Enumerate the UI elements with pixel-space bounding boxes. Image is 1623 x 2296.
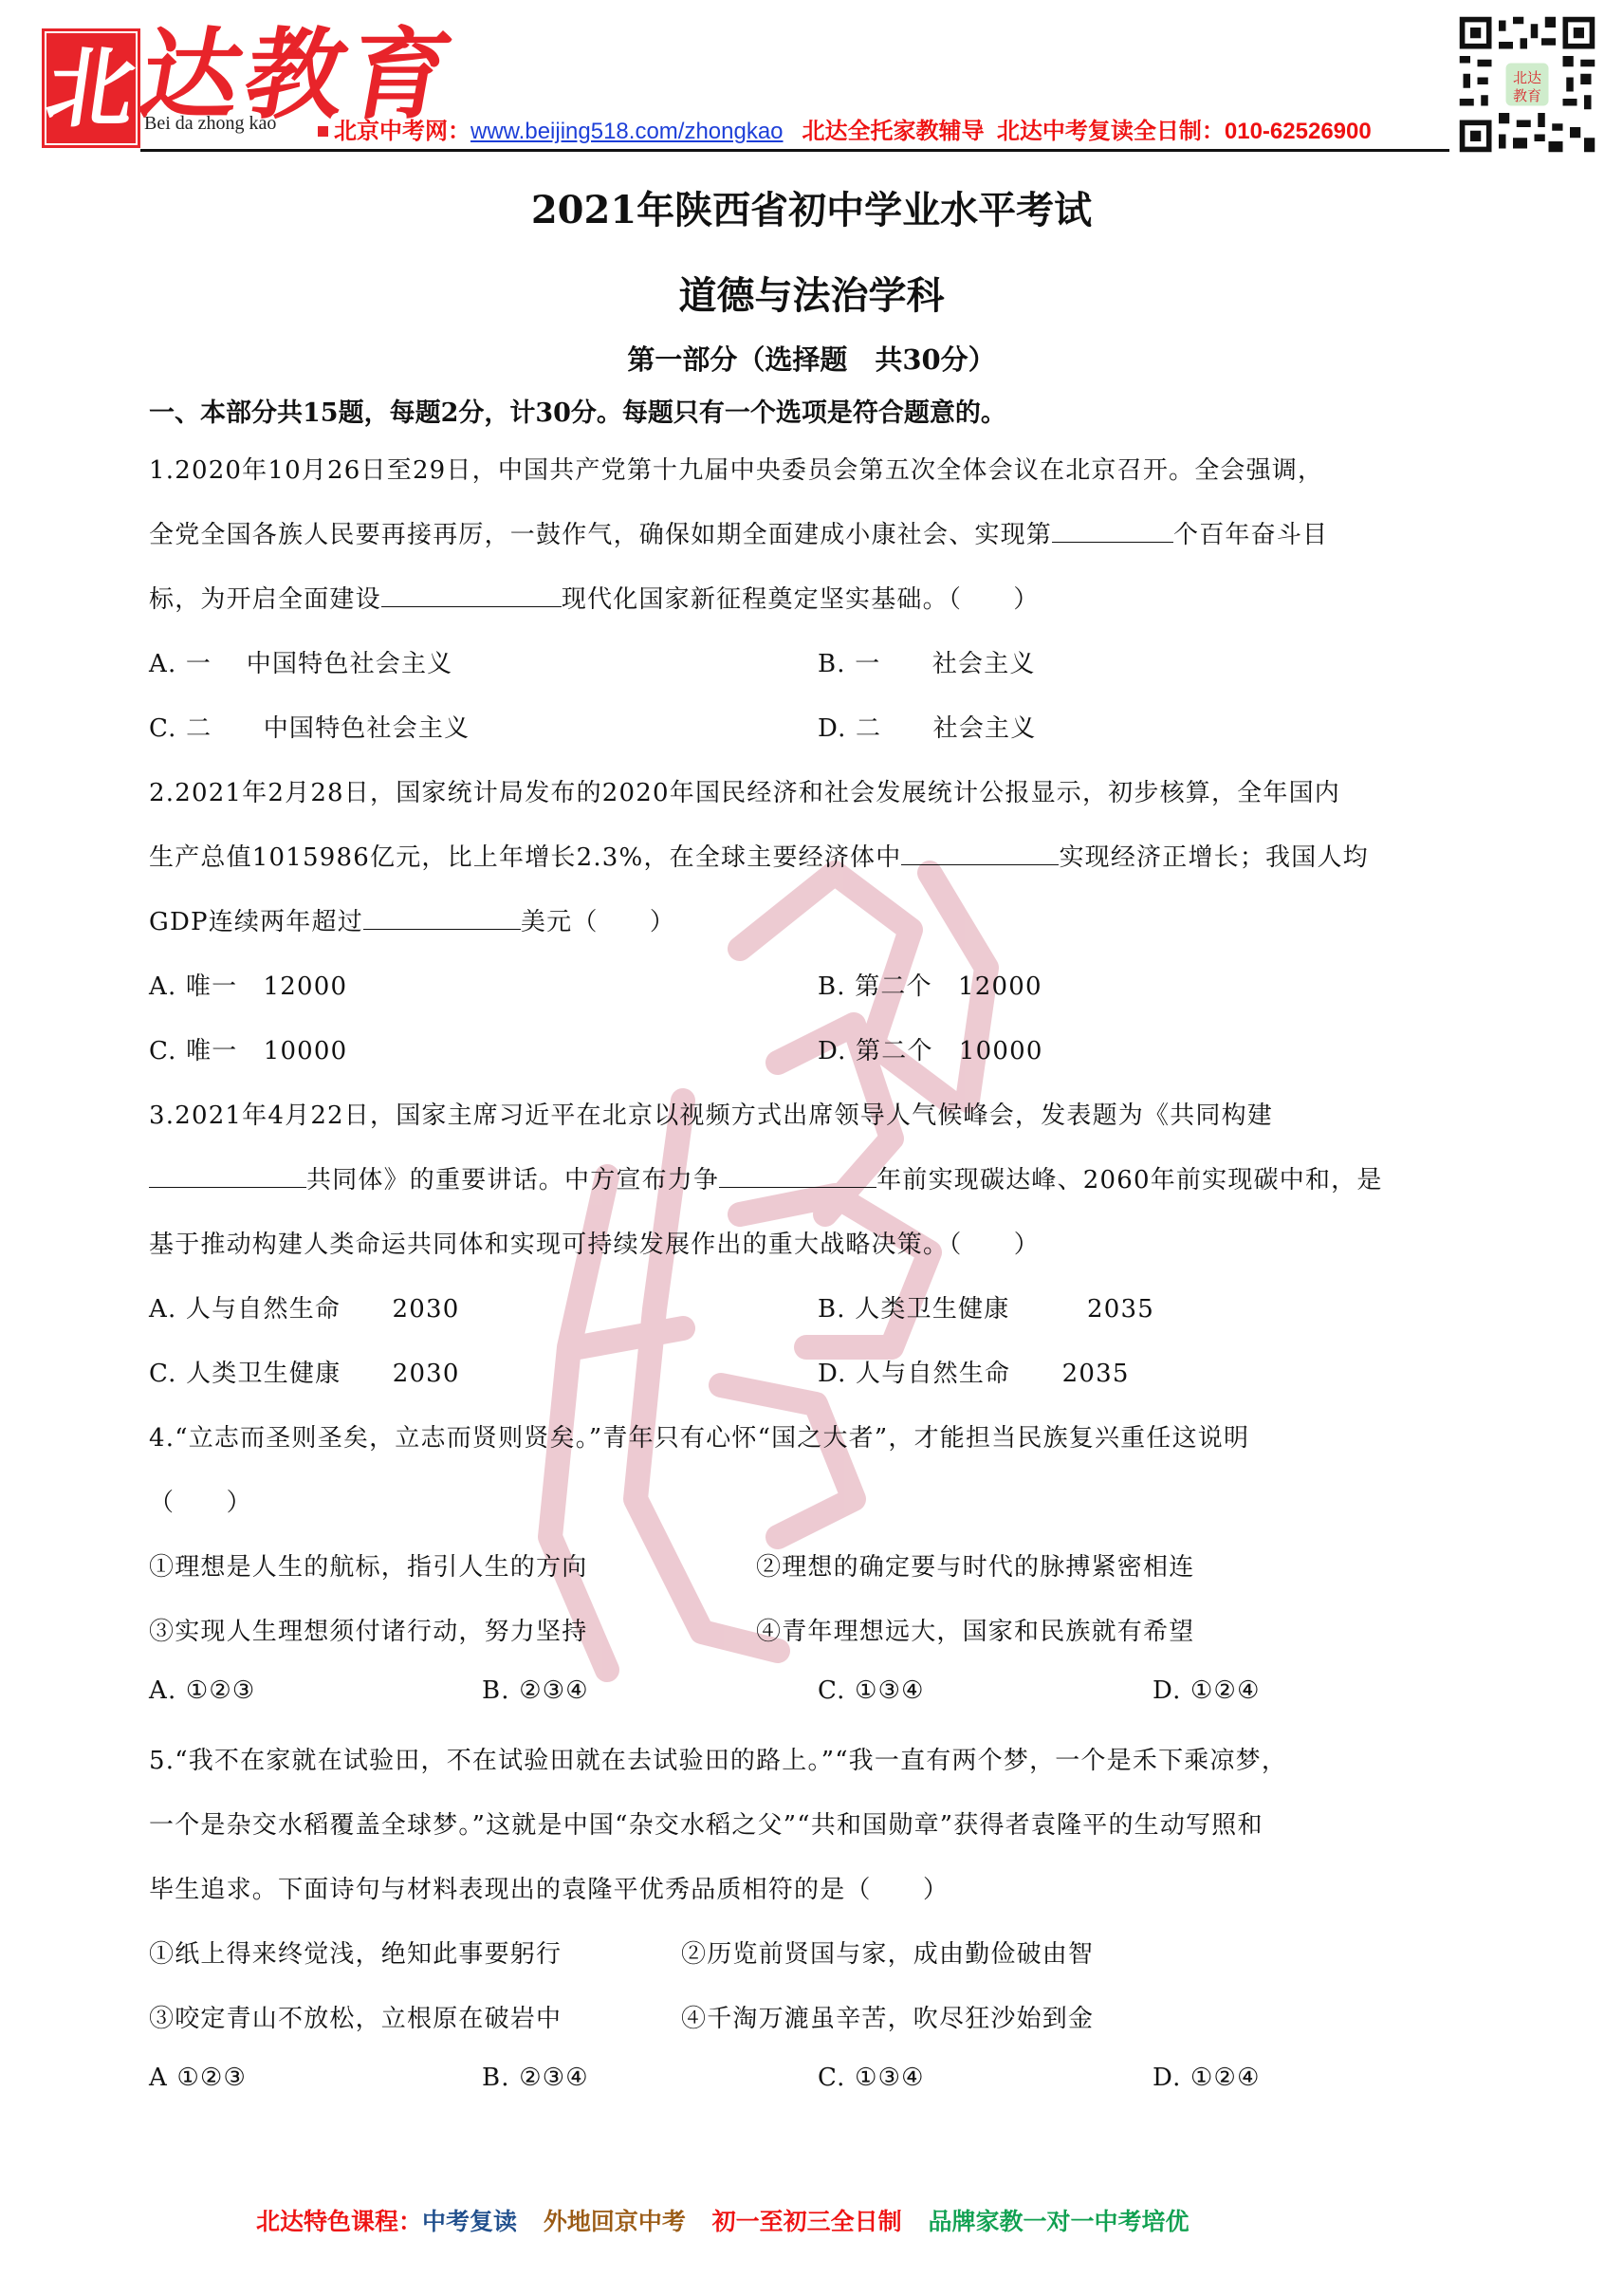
footer-courses: 北达特色课程：中考复读 外地回京中考 初一至初三全日制 品牌家教一对一中考培优: [256, 2203, 1189, 2237]
q5-option-a: A ①②③: [149, 2064, 247, 2092]
q4-option-b: B. ②③④: [482, 1676, 589, 1705]
q2-line-3: GDP连续两年超过美元（ ）: [149, 902, 675, 937]
q2-line-2: 生产总值1015986亿元，比上年增长2.3%，在全球主要经济体中实现经济正增长…: [149, 838, 1369, 873]
q1-blank-1: [1052, 521, 1173, 543]
subject-title: 道德与法治学科: [0, 266, 1623, 320]
q4-statement-3: ③实现人生理想须付诸行动，努力坚持: [149, 1612, 587, 1647]
qr-code-icon: 北达 教育: [1451, 13, 1603, 156]
footer-item-repeat: 中考复读: [422, 2209, 517, 2235]
service-tutoring: 北达全托家教辅导: [802, 119, 985, 144]
q2-blank-1: [901, 843, 1059, 865]
q2-blank-2: [363, 908, 521, 930]
svg-text:教育: 教育: [1513, 87, 1541, 104]
q5-line-2: 一个是杂交水稻覆盖全球梦。”这就是中国“杂交水稻之父”“共和国勋章”获得者袁隆平…: [149, 1805, 1263, 1841]
q5-statement-3: ③咬定青山不放松，立根原在破岩中: [149, 1999, 562, 2034]
q1-line-1: 1.2020年10月26日至29日，中国共产党第十九届中央委员会第五次全体会议在…: [149, 451, 1323, 486]
site-link[interactable]: www.beijing518.com/zhongkao: [470, 119, 784, 144]
q3-line-1: 3.2021年4月22日，国家主席习近平在北京以视频方式出席领导人气候峰会，发表…: [149, 1096, 1273, 1131]
red-square-icon: [318, 126, 328, 137]
q5-statement-1: ①纸上得来终觉浅，绝知此事要躬行: [149, 1935, 562, 1970]
site-label: 北京中考网：: [334, 119, 470, 144]
q3-option-c: C. 人类卫生健康 2030: [149, 1354, 460, 1389]
part-title: 第一部分（选择题 共30分）: [0, 339, 1623, 378]
q3-option-a: A. 人与自然生命 2030: [149, 1289, 459, 1324]
q5-line-3: 毕生追求。下面诗句与材料表现出的袁隆平优秀品质相符的是（ ）: [149, 1870, 949, 1905]
q1-option-a: A. 一 中国特色社会主义: [149, 644, 452, 679]
footer-item-return: 外地回京中考: [544, 2209, 686, 2235]
q2-option-d: D. 第二个 10000: [818, 1031, 1043, 1066]
q4-line-1: 4.“立志而圣则圣矣，立志而贤则贤矣。”青年只有心怀“国之大者”，才能担当民族复…: [149, 1418, 1249, 1454]
q1-option-b: B. 一 社会主义: [818, 644, 1036, 679]
footer-item-tutoring: 品牌家教一对一中考培优: [928, 2209, 1189, 2235]
q5-line-1: 5.“我不在家就在试验田，不在试验田就在去试验田的路上。”“我一直有两个梦，一个…: [149, 1741, 1287, 1776]
q1-line-2: 全党全国各族人民要再接再厉，一鼓作气，确保如期全面建成小康社会、实现第个百年奋斗…: [149, 515, 1328, 550]
q4-line-2: （ ）: [149, 1483, 252, 1518]
q3-blank-1: [149, 1166, 306, 1188]
q3-line-2: 共同体》的重要讲话。中方宣布力争年前实现碳达峰、2060年前实现碳中和，是: [149, 1160, 1383, 1195]
header-info-line: 北京中考网：www.beijing518.com/zhongkao 北达全托家教…: [318, 112, 1372, 145]
q3-line-3: 基于推动构建人类命运共同体和实现可持续发展作出的重大战略决策。（ ）: [149, 1225, 1040, 1260]
header-divider: [140, 149, 1449, 152]
q5-option-b: B. ②③④: [482, 2064, 589, 2092]
q2-line-1: 2.2021年2月28日，国家统计局发布的2020年国民经济和社会发展统计公报显…: [149, 773, 1340, 808]
q5-option-d: D. ①②④: [1153, 2064, 1261, 2092]
section-instruction: 一、本部分共15题，每题2分，计30分。每题只有一个选项是符合题意的。: [149, 392, 1006, 429]
footer-item-fulltime: 初一至初三全日制: [712, 2209, 902, 2235]
q4-statement-2: ②理想的确定要与时代的脉搏紧密相连: [756, 1547, 1194, 1583]
svg-text:北达: 北达: [1513, 69, 1541, 86]
q3-option-b: B. 人类卫生健康 2035: [818, 1289, 1154, 1324]
q1-line-3: 标，为开启全面建设现代化国家新征程奠定坚实基础。（ ）: [149, 580, 1040, 615]
q2-option-c: C. 唯一 10000: [149, 1031, 347, 1066]
q3-blank-2: [719, 1166, 876, 1188]
exam-title: 2021年陕西省初中学业水平考试: [0, 180, 1623, 234]
q4-statement-4: ④青年理想远大，国家和民族就有希望: [756, 1612, 1194, 1647]
q1-blank-2: [381, 585, 562, 607]
q1-option-c: C. 二 中国特色社会主义: [149, 709, 470, 744]
logo-subtitle: Bei da zhong kao: [144, 113, 276, 135]
q5-statement-2: ②历览前贤国与家，成由勤俭破由智: [681, 1935, 1094, 1970]
q5-option-c: C. ①③④: [818, 2064, 925, 2092]
q1-option-d: D. 二 社会主义: [818, 709, 1036, 744]
q2-option-a: A. 唯一 12000: [149, 967, 347, 1002]
logo-mark: 北: [42, 28, 140, 148]
q4-statement-1: ①理想是人生的航标，指引人生的方向: [149, 1547, 587, 1583]
service-hotline: 北达中考复读全日制：010-62526900: [997, 119, 1372, 144]
q4-option-c: C. ①③④: [818, 1676, 925, 1705]
q3-option-d: D. 人与自然生命 2035: [818, 1354, 1130, 1389]
q4-option-a: A. ①②③: [149, 1676, 255, 1705]
q5-statement-4: ④千淘万漉虽辛苦，吹尽狂沙始到金: [681, 1999, 1094, 2034]
q2-option-b: B. 第二个 12000: [818, 967, 1042, 1002]
footer-label: 北达特色课程：: [256, 2209, 422, 2235]
q4-option-d: D. ①②④: [1153, 1676, 1261, 1705]
